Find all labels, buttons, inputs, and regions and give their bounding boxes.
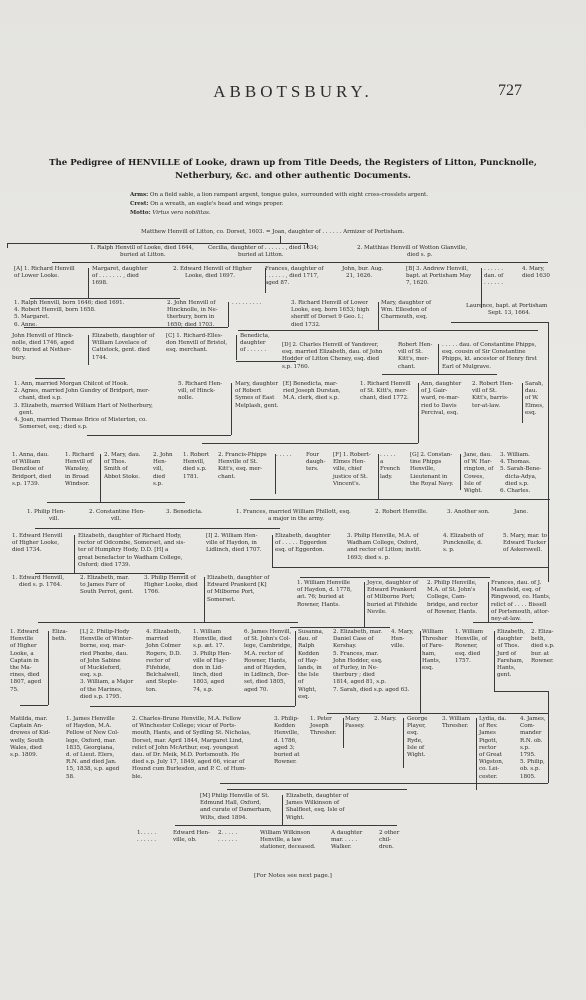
richard-henvill-lower-looke: [A] 1. Richard Henvillof Lower Looke.	[14, 266, 75, 280]
edward-henvill-1734: 1. Edward Henvillof Higher Looke,died 17…	[12, 533, 62, 555]
tree-line	[204, 577, 205, 622]
mary-player: 2. Mary.	[374, 716, 397, 723]
tree-line	[202, 443, 418, 444]
mary-symes: Mary, daughterof RobertSymes of EastMelp…	[235, 381, 278, 410]
richard-ellesdon-henvill: [C] 1. Richard-Elles-don Henvill of Bris…	[166, 333, 227, 355]
tree-line	[175, 825, 397, 826]
ann-gairward: Ann, daughterof J. Gair-ward, re-mar-rie…	[421, 381, 461, 417]
crest-line: Crest: On a wreath, an eagle's head and …	[130, 201, 283, 208]
william-thresher: WilliamThresherof Fare-ham,Hants,esq.	[422, 629, 447, 672]
elizabeth-wife: Eliza-beth.	[52, 629, 68, 643]
mary-tucker: 5. Mary, mar. toEdward Tuckerof Askerswe…	[503, 533, 547, 555]
elizabeth-farr: 2. Elizabeth, mar.to James Farr ofSouth …	[80, 575, 133, 597]
mary-smith: 2. Mary, dau.of Thos.Smith ofAbbot Stoke…	[104, 452, 140, 481]
tree-line	[378, 454, 379, 499]
james-philip-commander: 4. James,Com-manderR.N. ob.s.p.1795.5. P…	[520, 716, 546, 781]
tree-line	[382, 374, 497, 375]
jane-harrington: Jane, dau.of W. Har-rington, ofCowes,Isl…	[464, 452, 493, 495]
richard-henvill-lower: 3. Richard Henvill of LowerLooke, esq. b…	[291, 300, 369, 329]
tree-line	[90, 706, 295, 707]
elizabeth-lovelace: Elizabeth, daughter ofWilliam Lovelace o…	[92, 333, 154, 362]
mary-passey: MaryPassey.	[345, 716, 365, 730]
philip-kedden-henville: 3. Philip-KeddenHenville,d. 1786,aged 3;…	[274, 716, 299, 766]
john-henvill-hinck: John Henvill of Hinck-nolle, died 1746, …	[12, 333, 74, 362]
tree-line	[476, 718, 477, 790]
tree-line	[290, 627, 390, 628]
tree-line	[364, 582, 365, 627]
elizabeth-prankerd: Elizabeth, daughter ofEdward Prankerd [K…	[207, 575, 269, 604]
susanna-kedden: Susanna,dau. ofRalphKeddenof Hay-lands, …	[298, 629, 324, 701]
matthias-henvill: 2. Matthias Henvill of Wotton Glanville,…	[357, 245, 467, 259]
progenitor: Matthew Henvill of Litton, co. Dorset, 1…	[141, 229, 404, 236]
document-page: ABBOTSBURY. 727 The Pedigree of HENVILLE…	[0, 0, 586, 1000]
laurence: Laurence, bapt. at PortishamSept. 13, 16…	[466, 303, 547, 317]
tree-line	[403, 718, 404, 768]
tree-line	[24, 327, 228, 328]
tree-line	[220, 783, 548, 784]
daughters-list: 1. Ann, married Morgan Chilcot of Hook.2…	[14, 381, 153, 431]
tree-line	[236, 335, 237, 360]
benedicta-wife: Benedicta,daughterof . . . . . .	[240, 333, 270, 355]
tree-line	[35, 573, 185, 574]
french-lady: . . . . .aFrenchlady.	[380, 452, 400, 481]
tree-line	[227, 789, 407, 790]
robert-henvill-1781: 1. RobertHenvill,died s.p.1781.	[183, 452, 209, 481]
elizabeth-rowner: 2. Eliza-beth,died s.p.bur. atRowner.	[531, 629, 555, 665]
philip-henville-wadham: 3. Philip Henville, M.A. ofWadham Colleg…	[347, 533, 421, 562]
richard-henvill-wansley: 1. RichardHenvill ofWansley,in BroadWind…	[65, 452, 94, 488]
elizabeth-hody: Elizabeth, daughter of Richard Hody,rect…	[78, 533, 185, 569]
tree-line	[272, 567, 548, 568]
tree-line	[343, 718, 344, 748]
frances-mansfield: Frances, dau. of J.Mansfield, esq. ofRin…	[491, 580, 551, 623]
james-henvill-1805: 6. James Henvill,of St. John's Col-lege,…	[244, 629, 292, 694]
constantine-phipps-henville: [G] 2. Constan-tine PhippsHenville,Lieut…	[410, 452, 453, 488]
mary-ellesdon: Mary, daughter ofWm. Ellesdon ofCharmout…	[381, 300, 431, 322]
benedicta: 3. Benedicta.	[166, 509, 203, 516]
joyce-prankerd: Joyce, daughter ofEdward Prankerdof Milb…	[367, 580, 418, 616]
tree-line	[238, 330, 538, 331]
mary-henville: 4. Mary,Hen-ville.	[391, 629, 414, 651]
matilda-andrewes: Matilda, mar.Captain An-drewes of Kid-we…	[10, 716, 50, 759]
constantine-henvill: 2. Constantine Hen-vill.	[89, 509, 145, 523]
second-wife: 2. . . . .. . . . . .	[218, 830, 237, 844]
children-ralph-robert: 1. Ralph Henvill, born 1646; died 1691.4…	[14, 300, 124, 329]
first-wife: 1. . . . .. . . . . .	[137, 830, 156, 844]
phipps-daughter: . . . . . dau. of Constantine Phipps,esq…	[442, 342, 537, 371]
tree-line	[272, 535, 273, 567]
tree-line	[20, 705, 48, 706]
edward-henville-ob: Edward Hen-ville, ob.	[173, 830, 210, 844]
robert-henvill-stkitts: Robert Hen-vill of St.Kitt's, mer-chant.	[398, 342, 432, 371]
robert-elmes-henville: [F] 1. Robert-Elmes Hen-ville, chiefjust…	[333, 452, 371, 488]
edward-henville-captain: 1. EdwardHenvilleof HigherLooke, aCaptai…	[10, 629, 41, 694]
tree-line	[47, 502, 185, 503]
jane: Jane.	[514, 509, 528, 516]
william-wilkinson-henville: William WilkinsonHenville, a lawstatione…	[260, 830, 316, 852]
tree-line	[420, 631, 421, 713]
philip-henvill: 1. Philip Hen-vill.	[27, 509, 65, 523]
tree-line	[548, 322, 549, 582]
tree-line	[378, 302, 379, 330]
william-henville-1778: 1. William Henvilleof Haydon, d. 1778,æt…	[297, 580, 352, 609]
tree-line	[522, 383, 523, 423]
ralph-henvill: 1. Ralph Henvill of Looke, died 1644,bur…	[90, 245, 194, 259]
motto-line: Motto: Virtus vera nobilitas.	[130, 210, 211, 217]
tree-line	[7, 243, 8, 248]
tree-line	[494, 691, 548, 692]
tree-line	[494, 631, 495, 691]
tree-line	[451, 322, 548, 323]
tree-line	[35, 528, 280, 529]
george-player: GeorgePlayer,esq.Ryde,Isle ofWight.	[407, 716, 427, 759]
other-children: 2 otherchil-dren.	[379, 830, 399, 852]
margaret: Margaret, daughterof . . . . . . . , die…	[92, 266, 147, 288]
edward-henvill-1764: 1. Edward Henvill,died s. p. 1764.	[12, 575, 64, 589]
lydia-pigott: Lydia, da.of Rev.JamesPigott,rectorof Gr…	[479, 716, 506, 781]
william-thresher-3: 3. WilliamThresher.	[442, 716, 470, 730]
anna-denziloe: 1. Anna, dau.of WilliamDenziloe ofBridpo…	[12, 452, 51, 488]
elizabeth-wilkinson: Elizabeth, daughter ofJames Wilkinson of…	[286, 793, 348, 822]
pedigree-title-line2: Netherbury, &c. and other authentic Docu…	[30, 170, 556, 182]
tree-line	[88, 268, 89, 298]
tree-line	[74, 535, 75, 573]
arms-line: Arms: On a field sable, a lion rampant a…	[130, 192, 428, 199]
peter-joseph-thresher: 1. PeterJosephThresher.	[310, 716, 337, 738]
mary-1630: 4. Mary,died 1630	[522, 266, 550, 280]
tree-line	[30, 298, 180, 299]
william-henville-haydon: [I] 2. William Hen-ville of Haydon, inLi…	[206, 533, 262, 555]
francis-phipps-henville: 2. Francis-PhippsHenville of St.Kitt's, …	[218, 452, 267, 481]
philip-hody-henville: [L] 2. Philip-HodyHenville of Winter-bor…	[80, 629, 133, 701]
tree-line	[473, 622, 533, 623]
daughter-walker: A daughtermar. . . . .Walker.	[331, 830, 362, 852]
cecilia: Cecilia, daughter of . . . . . . , died …	[208, 245, 319, 259]
tree-line	[250, 499, 550, 500]
tree-line	[548, 691, 549, 783]
tree-line	[265, 268, 266, 293]
john-bur: John, bur. Aug.21, 1626.	[342, 266, 383, 280]
william-thomas-sarah-charles: 3. William.4. Thomas.5. Sarah-Bene- dict…	[500, 452, 541, 495]
page-number: 727	[498, 82, 522, 100]
charles-brune-henville: 2. Charles-Brune Henville, M.A. Fellowof…	[132, 716, 251, 781]
richard-henvill-stkitts: 1. Richard Henvillof St. Kitt's, mer-cha…	[360, 381, 411, 403]
notes-footer: [For Notes see next page.]	[0, 873, 586, 879]
tree-line	[35, 378, 65, 379]
tree-line	[280, 236, 281, 243]
andrew-wife: . . . . . .dan. of. . . . . .	[484, 266, 503, 288]
john-wife: . . . . . . . . .	[232, 300, 261, 307]
william-henville-17: 1. WilliamHenville, dieds.p. æt. 17.3. P…	[193, 629, 232, 694]
tree-line	[460, 454, 461, 490]
philip-henville-edmund-hall: [M] Philip Henville of St.Edmund Hall, O…	[200, 793, 272, 822]
four-daughters: Fourdaugh-ters.	[306, 452, 325, 474]
elizabeth-puncknolle: 4. Elizabeth ofPuncknolle, d.s. p.	[443, 533, 483, 555]
francis-wife: . . . . .	[276, 452, 292, 459]
tree-line	[282, 795, 283, 825]
another-son: 3. Another son.	[447, 509, 490, 516]
tree-line	[7, 243, 307, 244]
robert-henville: 2. Robert Henville.	[375, 509, 428, 516]
charles-henvill-yandover: [D] 2. Charles Henvill of Yandover,esq. …	[282, 342, 382, 371]
benedicta-durstan: [E] Benedicta, mar-ried Joseph Durstan,M…	[283, 381, 340, 403]
tree-line	[300, 577, 490, 578]
tree-line	[87, 435, 231, 436]
tree-line	[236, 361, 296, 362]
richard-henvill-hinck: 5. Richard Hen-vill, of Hinck-nolle.	[178, 381, 222, 403]
tree-line	[481, 268, 482, 308]
sarah-elmes: Sarah,dau.of W.Elmes,esq.	[525, 381, 544, 417]
tree-line	[438, 344, 439, 374]
robert-henvill-barrister: 2. Robert Hen-vill of St.Kitt's, barris-…	[472, 381, 513, 410]
tree-line	[327, 713, 548, 714]
pedigree-title-line1: The Pedigree of HENVILLE of Looke, drawn…	[30, 157, 556, 169]
andrew-henvill: [B] 3. Andrew Henvill,bapt. at Portisham…	[406, 266, 471, 288]
tree-line	[418, 383, 419, 443]
tree-line	[231, 383, 232, 435]
philip-henvill-1766: 3. Philip Henvill ofHigher Looke, died17…	[144, 575, 198, 597]
william-henville-rowner: 1. WilliamHenville, ofRowner,esq. died17…	[455, 629, 487, 665]
tree-line	[100, 454, 101, 502]
tree-line	[488, 582, 489, 622]
tree-line	[228, 302, 229, 327]
frances: Frances, daughter of. . . . . . , died 1…	[265, 266, 324, 288]
tree-line	[52, 262, 548, 263]
frances-phillott: 1. Frances, married William Phillott, es…	[236, 509, 351, 523]
tree-line	[48, 631, 49, 705]
tree-line	[295, 631, 296, 706]
james-henville-haydon: 1. James Henvilleof Haydon, M.A.Fellow o…	[66, 716, 119, 781]
tree-line	[38, 622, 298, 623]
john-henvill-sp: 2. JohnHen-vill,dieds.p.	[153, 452, 173, 488]
edward-henvill-higher-looke: 2. Edward Henvill of HigherLooke, died 1…	[173, 266, 252, 280]
philip-henville-stjohns: 2. Philip Henville,M.A. of St. John'sCol…	[427, 580, 478, 616]
elizabeth-rogers: 4. Elizabeth,marriedJohn ColmerRogers, D…	[146, 629, 181, 694]
tree-line	[275, 454, 276, 494]
tree-line	[88, 335, 89, 365]
elizabeth-jurd: Elizabeth,daughterof Thos.Jurd ofFareham…	[497, 629, 525, 679]
john-henvill-hincknolle: 2. John Henvill ofHincknolle, in Ne-ther…	[167, 300, 218, 329]
elizabeth-eggerdon: Elizabeth, daughterof . . . . . Eggerdon…	[275, 533, 330, 555]
